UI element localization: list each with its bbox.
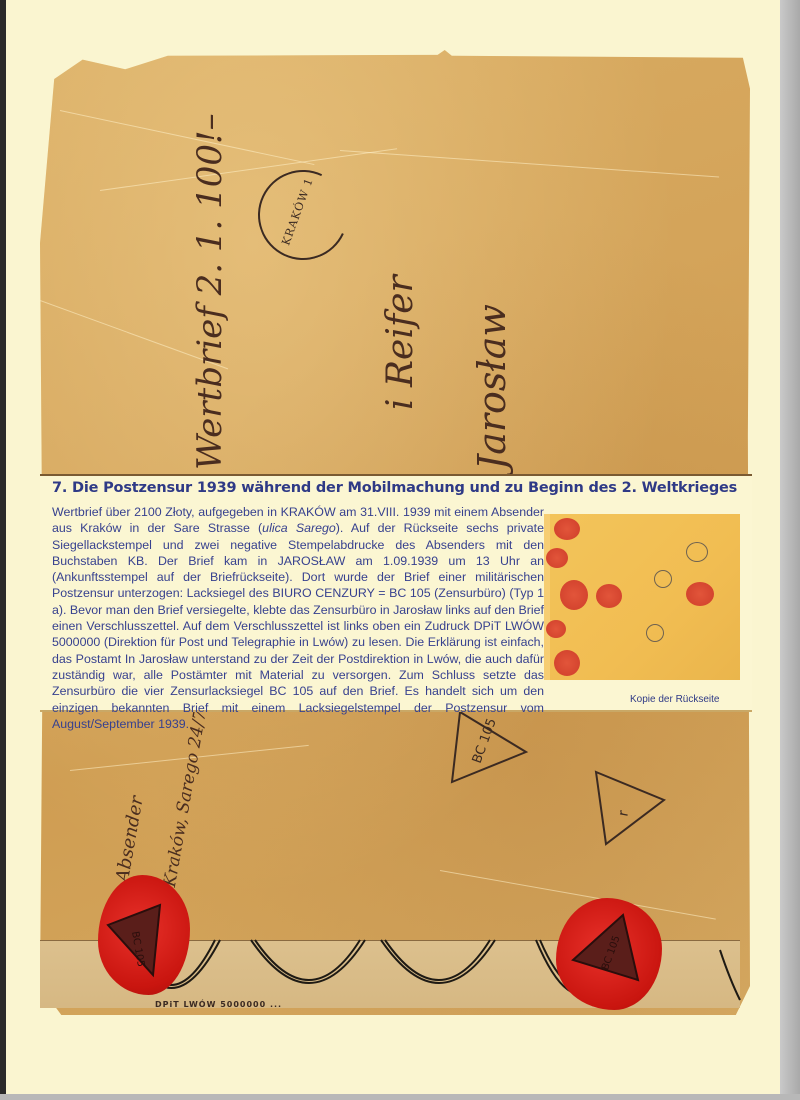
thumb-wax-seal (560, 580, 588, 610)
panel-description: Wertbrief über 2100 Złoty, aufgegeben in… (52, 504, 544, 732)
value-declaration-handwriting: Wertbrief 2. 1. 100!– (190, 113, 230, 470)
closure-label-print: DPiT LWÓW 5000000 ... (155, 1000, 282, 1009)
reverse-side-thumbnail (544, 514, 740, 680)
thumbnail-caption: Kopie der Rückseite (630, 694, 720, 705)
thumb-postmark (686, 542, 708, 562)
thumb-wax-seal (546, 548, 568, 568)
recipient-name-handwriting: i Reifer (380, 275, 421, 410)
thumb-postmark (654, 570, 672, 588)
thumb-wax-seal (546, 620, 566, 638)
wax-seal-right-emblem: BC 105 (563, 910, 643, 990)
paper-crease (60, 110, 315, 165)
thumb-postmark (646, 624, 664, 642)
svg-text:r: r (615, 809, 632, 818)
thumb-wax-seal (686, 582, 714, 606)
thumb-wax-seal (554, 518, 580, 540)
thumb-wax-seal (554, 650, 580, 676)
paper-crease (340, 150, 719, 178)
paper-crease (100, 148, 397, 191)
thumb-wax-seal (596, 584, 622, 608)
description-panel: 7. Die Postzensur 1939 während der Mobil… (40, 474, 752, 712)
panel-title: 7. Die Postzensur 1939 während der Mobil… (52, 480, 737, 496)
scan-bottom-shadow (0, 1094, 800, 1100)
recipient-city-handwriting: Jarosław (470, 304, 514, 470)
wax-seal-left-emblem: BC 105 (108, 905, 183, 975)
scan-right-shadow (780, 0, 800, 1100)
censor-triangle-mark: r (594, 772, 674, 847)
